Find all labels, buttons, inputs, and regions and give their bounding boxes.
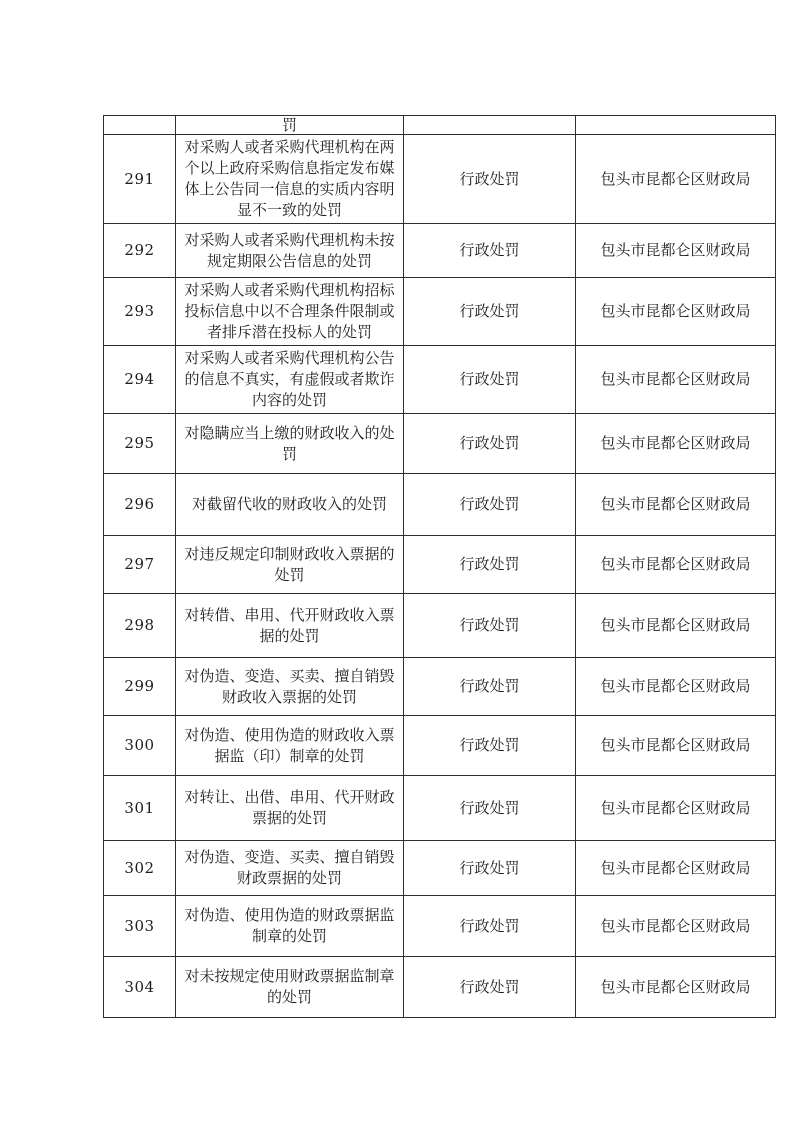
penalty-item: 对转借、串用、代开财政收入票据的处罚 — [176, 594, 404, 658]
penalty-item: 对采购人或者采购代理机构在两个以上政府采购信息指定发布媒体上公告同一信息的实质内… — [176, 135, 404, 224]
penalty-type: 行政处罚 — [404, 658, 576, 716]
penalty-item: 对伪造、使用伪造的财政收入票据监（印）制章的处罚 — [176, 716, 404, 776]
row-number: 294 — [104, 346, 176, 414]
agency: 包头市昆都仑区财政局 — [576, 594, 776, 658]
row-number: 298 — [104, 594, 176, 658]
table-row: 298 对转借、串用、代开财政收入票据的处罚 行政处罚 包头市昆都仑区财政局 — [104, 594, 776, 658]
penalty-item: 对采购人或者采购代理机构公告的信息不真实，有虚假或者欺诈内容的处罚 — [176, 346, 404, 414]
table-row: 293 对采购人或者采购代理机构招标投标信息中以不合理条件限制或者排斥潜在投标人… — [104, 278, 776, 346]
table-row: 303 对伪造、使用伪造的财政票据监制章的处罚 行政处罚 包头市昆都仑区财政局 — [104, 896, 776, 957]
row-number: 301 — [104, 776, 176, 841]
agency: 包头市昆都仑区财政局 — [576, 278, 776, 346]
table-row: 299 对伪造、变造、买卖、擅自销毁财政收入票据的处罚 行政处罚 包头市昆都仑区… — [104, 658, 776, 716]
row-number: 300 — [104, 716, 176, 776]
penalty-type: 行政处罚 — [404, 957, 576, 1018]
penalty-type: 行政处罚 — [404, 716, 576, 776]
penalty-item: 对隐瞒应当上缴的财政收入的处罚 — [176, 414, 404, 474]
agency: 包头市昆都仑区财政局 — [576, 896, 776, 957]
row-number: 302 — [104, 841, 176, 896]
table-row: 294 对采购人或者采购代理机构公告的信息不真实，有虚假或者欺诈内容的处罚 行政… — [104, 346, 776, 414]
table-row: 302 对伪造、变造、买卖、擅自销毁财政票据的处罚 行政处罚 包头市昆都仑区财政… — [104, 841, 776, 896]
agency: 包头市昆都仑区财政局 — [576, 658, 776, 716]
table-row: 295 对隐瞒应当上缴的财政收入的处罚 行政处罚 包头市昆都仑区财政局 — [104, 414, 776, 474]
table-row: 297 对违反规定印制财政收入票据的处罚 行政处罚 包头市昆都仑区财政局 — [104, 536, 776, 594]
penalty-type: 行政处罚 — [404, 224, 576, 278]
penalty-item: 对转让、出借、串用、代开财政票据的处罚 — [176, 776, 404, 841]
penalty-item: 对采购人或者采购代理机构未按规定期限公告信息的处罚 — [176, 224, 404, 278]
row-number: 303 — [104, 896, 176, 957]
agency: 包头市昆都仑区财政局 — [576, 841, 776, 896]
agency: 包头市昆都仑区财政局 — [576, 957, 776, 1018]
agency: 包头市昆都仑区财政局 — [576, 224, 776, 278]
row-number: 292 — [104, 224, 176, 278]
penalty-type: 行政处罚 — [404, 346, 576, 414]
penalty-item: 对伪造、变造、买卖、擅自销毁财政票据的处罚 — [176, 841, 404, 896]
table-row: 300 对伪造、使用伪造的财政收入票据监（印）制章的处罚 行政处罚 包头市昆都仑… — [104, 716, 776, 776]
penalty-item: 对违反规定印制财政收入票据的处罚 — [176, 536, 404, 594]
penalty-item: 对伪造、使用伪造的财政票据监制章的处罚 — [176, 896, 404, 957]
table-row: 304 对未按规定使用财政票据监制章的处罚 行政处罚 包头市昆都仑区财政局 — [104, 957, 776, 1018]
agency: 包头市昆都仑区财政局 — [576, 716, 776, 776]
agency: 包头市昆都仑区财政局 — [576, 346, 776, 414]
penalty-type: 行政处罚 — [404, 474, 576, 536]
row-number: 299 — [104, 658, 176, 716]
row-number: 293 — [104, 278, 176, 346]
penalty-type: 行政处罚 — [404, 776, 576, 841]
agency — [576, 116, 776, 135]
row-number — [104, 116, 176, 135]
document-page: 罚 291 对采购人或者采购代理机构在两个以上政府采购信息指定发布媒体上公告同一… — [0, 0, 793, 1122]
table-row: 292 对采购人或者采购代理机构未按规定期限公告信息的处罚 行政处罚 包头市昆都… — [104, 224, 776, 278]
table-row: 291 对采购人或者采购代理机构在两个以上政府采购信息指定发布媒体上公告同一信息… — [104, 135, 776, 224]
penalty-type — [404, 116, 576, 135]
row-number: 295 — [104, 414, 176, 474]
penalty-type: 行政处罚 — [404, 594, 576, 658]
row-number: 304 — [104, 957, 176, 1018]
penalty-item: 对采购人或者采购代理机构招标投标信息中以不合理条件限制或者排斥潜在投标人的处罚 — [176, 278, 404, 346]
table-row: 301 对转让、出借、串用、代开财政票据的处罚 行政处罚 包头市昆都仑区财政局 — [104, 776, 776, 841]
penalty-item: 罚 — [176, 116, 404, 135]
agency: 包头市昆都仑区财政局 — [576, 474, 776, 536]
table-row-carryover: 罚 — [104, 116, 776, 135]
table-row: 296 对截留代收的财政收入的处罚 行政处罚 包头市昆都仑区财政局 — [104, 474, 776, 536]
penalty-type: 行政处罚 — [404, 536, 576, 594]
penalty-item: 对伪造、变造、买卖、擅自销毁财政收入票据的处罚 — [176, 658, 404, 716]
penalty-item: 对未按规定使用财政票据监制章的处罚 — [176, 957, 404, 1018]
penalty-type: 行政处罚 — [404, 841, 576, 896]
agency: 包头市昆都仑区财政局 — [576, 776, 776, 841]
penalty-type: 行政处罚 — [404, 135, 576, 224]
row-number: 296 — [104, 474, 176, 536]
agency: 包头市昆都仑区财政局 — [576, 135, 776, 224]
penalty-type: 行政处罚 — [404, 414, 576, 474]
penalty-type: 行政处罚 — [404, 896, 576, 957]
penalty-item: 对截留代收的财政收入的处罚 — [176, 474, 404, 536]
penalty-table: 罚 291 对采购人或者采购代理机构在两个以上政府采购信息指定发布媒体上公告同一… — [103, 115, 776, 1018]
agency: 包头市昆都仑区财政局 — [576, 414, 776, 474]
row-number: 297 — [104, 536, 176, 594]
row-number: 291 — [104, 135, 176, 224]
penalty-type: 行政处罚 — [404, 278, 576, 346]
agency: 包头市昆都仑区财政局 — [576, 536, 776, 594]
